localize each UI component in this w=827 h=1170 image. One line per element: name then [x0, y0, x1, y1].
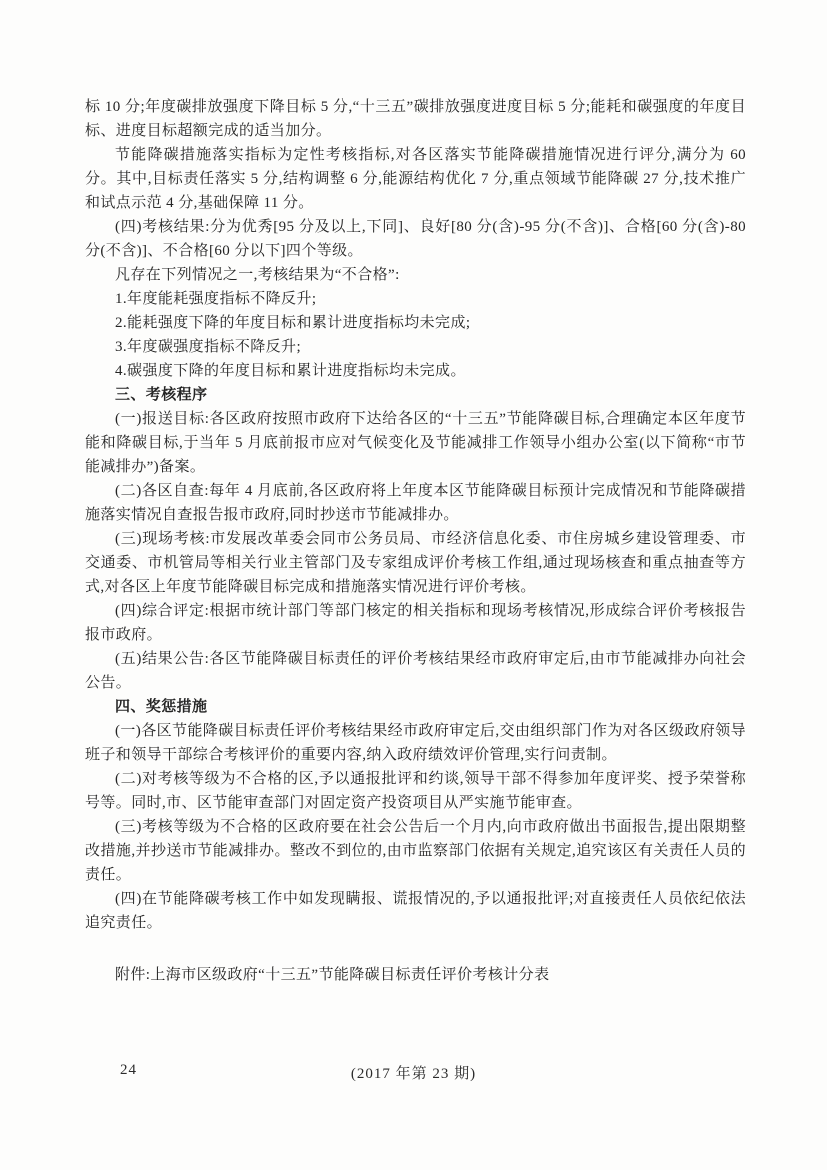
- paragraph: (一)报送目标:各区政府按照市政府下达给各区的“十三五”节能降碳目标,合理确定本…: [85, 407, 746, 479]
- paragraph-continuation: 标 10 分;年度碳排放强度下降目标 5 分,“十三五”碳排放强度进度目标 5 …: [85, 95, 746, 143]
- page-footer: 24 (2017 年第 23 期): [0, 1062, 827, 1086]
- paragraph: (一)各区节能降碳目标责任评价考核结果经市政府审定后,交由组织部门作为对各区级政…: [85, 719, 746, 767]
- list-item: 1.年度能耗强度指标不降反升;: [85, 287, 746, 311]
- paragraph: (二)各区自查:每年 4 月底前,各区政府将上年度本区节能降碳目标预计完成情况和…: [85, 479, 746, 527]
- list-item: 2.能耗强度下降的年度目标和累计进度指标均未完成;: [85, 311, 746, 335]
- section-heading-assessment-procedure: 三、考核程序: [85, 383, 746, 407]
- document-body: 标 10 分;年度碳排放强度下降目标 5 分,“十三五”碳排放强度进度目标 5 …: [85, 95, 746, 987]
- section-heading-reward-punishment: 四、奖惩措施: [85, 695, 746, 719]
- paragraph: (三)现场考核:市发展改革委会同市公务员局、市经济信息化委、市住房城乡建设管理委…: [85, 527, 746, 599]
- paragraph: (二)对考核等级为不合格的区,予以通报批评和约谈,领导干部不得参加年度评奖、授予…: [85, 767, 746, 815]
- page-number: 24: [120, 1062, 137, 1079]
- paragraph: (四)考核结果:分为优秀[95 分及以上,下同]、良好[80 分(含)-95 分…: [85, 215, 746, 263]
- paragraph: 节能降碳措施落实指标为定性考核指标,对各区落实节能降碳措施情况进行评分,满分为 …: [85, 143, 746, 215]
- document-page: 标 10 分;年度碳排放强度下降目标 5 分,“十三五”碳排放强度进度目标 5 …: [0, 0, 827, 1170]
- paragraph: (五)结果公告:各区节能降碳目标责任的评价考核结果经市政府审定后,由市节能减排办…: [85, 647, 746, 695]
- paragraph: (三)考核等级为不合格的区政府要在社会公告后一个月内,向市政府做出书面报告,提出…: [85, 815, 746, 887]
- list-item: 3.年度碳强度指标不降反升;: [85, 335, 746, 359]
- paragraph: (四)综合评定:根据市统计部门等部门核定的相关指标和现场考核情况,形成综合评价考…: [85, 599, 746, 647]
- paragraph: 凡存在下列情况之一,考核结果为“不合格”:: [85, 263, 746, 287]
- issue-label: (2017 年第 23 期): [351, 1062, 476, 1083]
- list-item: 4.碳强度下降的年度目标和累计进度指标均未完成。: [85, 359, 746, 383]
- attachment-note: 附件:上海市区级政府“十三五”节能降碳目标责任评价考核计分表: [85, 963, 746, 987]
- paragraph: (四)在节能降碳考核工作中如发现瞒报、谎报情况的,予以通报批评;对直接责任人员依…: [85, 887, 746, 935]
